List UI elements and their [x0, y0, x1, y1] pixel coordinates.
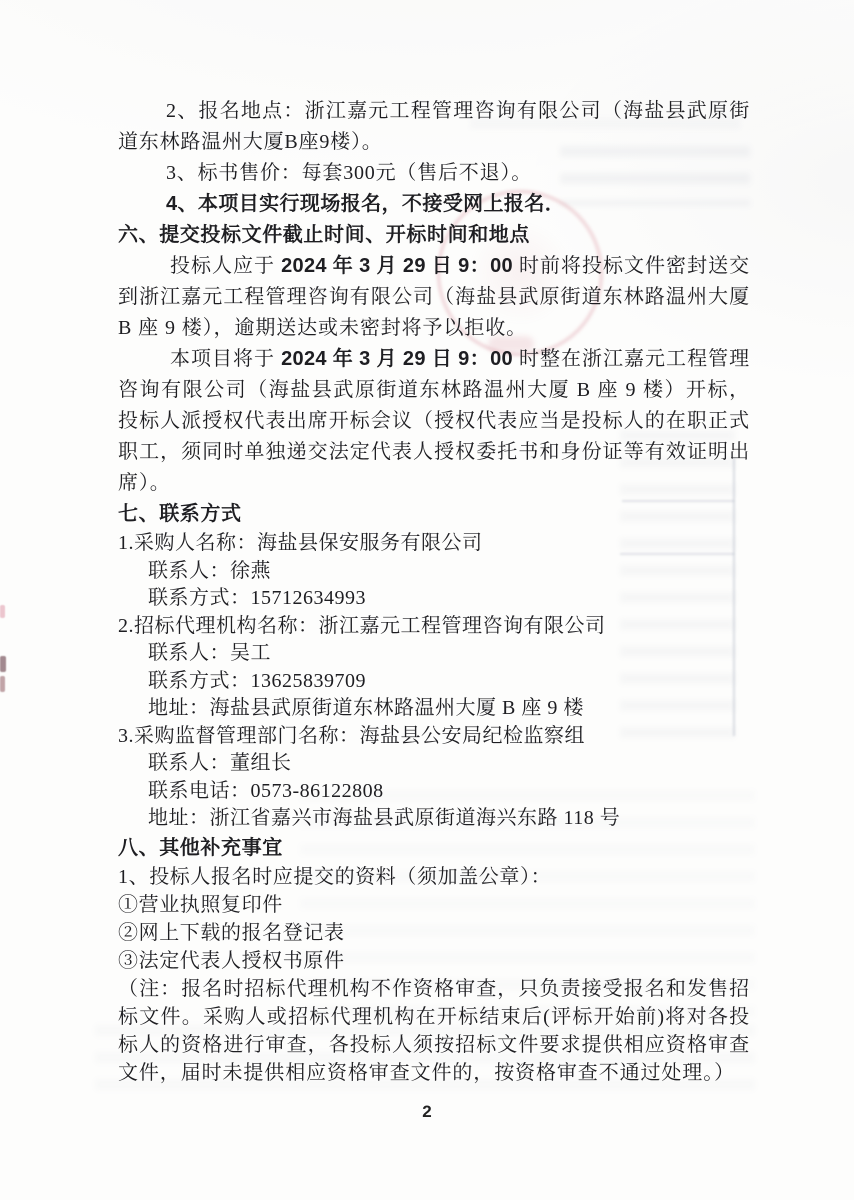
paragraph-text: 投标人应于: [170, 255, 281, 277]
paragraph-text: 本项目将于: [170, 348, 281, 370]
required-doc-2: ②网上下载的报名登记表: [118, 919, 750, 947]
required-materials-intro: 1、投标人报名时应提交的资料（须加盖公章）：: [118, 863, 750, 891]
onsite-registration-item: 4、本项目实行现场报名，不接受网上报名．: [118, 189, 750, 220]
purchaser-contact-phone: 联系方式：15712634993: [118, 585, 750, 613]
supervision-contact-person: 联系人：董组长: [118, 750, 750, 778]
agency-contact-phone: 联系方式：13625839709: [118, 668, 750, 696]
document-body: 2、报名地点：浙江嘉元工程管理咨询有限公司（海盐县武原街道东林路温州大厦B座9楼…: [118, 96, 750, 1087]
section-6-heading: 六、提交投标文件截止时间、开标时间和地点: [118, 220, 750, 251]
required-doc-3: ③法定代表人授权书原件: [118, 947, 750, 975]
section-8-heading: 八、其他补充事宜: [118, 833, 750, 863]
deadline-datetime: 2024 年 3 月 29 日 9：00: [281, 255, 513, 277]
edge-ink-mark: [0, 676, 5, 692]
supervision-department-name: 3.采购监督管理部门名称：海盐县公安局纪检监察组: [118, 723, 750, 751]
edge-ink-mark: [0, 656, 6, 672]
supervision-contact-phone: 联系电话：0573-86122808: [118, 778, 750, 806]
agency-address: 地址：海盐县武原街道东林路温州大厦 B 座 9 楼: [118, 695, 750, 723]
edge-ink-mark: [0, 605, 5, 618]
purchaser-contact-person: 联系人：徐燕: [118, 558, 750, 586]
purchaser-name: 1.采购人名称：海盐县保安服务有限公司: [118, 530, 750, 558]
agency-contact-person: 联系人：吴工: [118, 640, 750, 668]
opening-datetime: 2024 年 3 月 29 日 9：00: [281, 348, 513, 370]
document-price-item: 3、标书售价：每套300元（售后不退）。: [118, 158, 750, 189]
supervision-address: 地址：浙江省嘉兴市海盐县武原街道海兴东路 118 号: [118, 805, 750, 833]
bid-opening-paragraph: 本项目将于 2024 年 3 月 29 日 9：00 时整在浙江嘉元工程管理咨询…: [118, 344, 750, 499]
page-number: 2: [0, 1102, 854, 1122]
required-doc-1: ①营业执照复印件: [118, 891, 750, 919]
document-page: 2、报名地点：浙江嘉元工程管理咨询有限公司（海盐县武原街道东林路温州大厦B座9楼…: [0, 0, 854, 1200]
section-7-heading: 七、联系方式: [118, 499, 750, 530]
qualification-review-note: （注：报名时招标代理机构不作资格审查，只负责接受报名和发售招标文件。采购人或招标…: [118, 975, 750, 1087]
agency-name: 2.招标代理机构名称：浙江嘉元工程管理咨询有限公司: [118, 613, 750, 641]
registration-location-item: 2、报名地点：浙江嘉元工程管理咨询有限公司（海盐县武原街道东林路温州大厦B座9楼…: [118, 96, 750, 158]
submission-deadline-paragraph: 投标人应于 2024 年 3 月 29 日 9：00 时前将投标文件密封送交到浙…: [118, 251, 750, 344]
